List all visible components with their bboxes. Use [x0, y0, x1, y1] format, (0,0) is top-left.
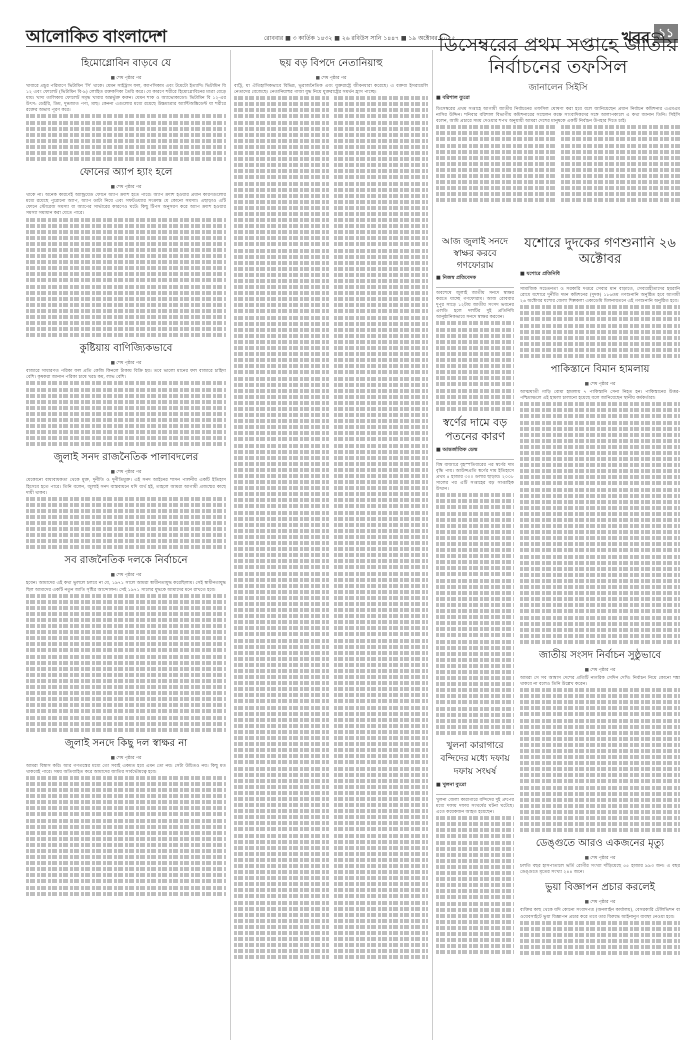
continued-marker: ■ শেষ পৃষ্ঠার পর — [26, 755, 226, 762]
headline: যশোরে দুদকের গণশুনানি ২৬ অক্টোবর — [520, 236, 680, 268]
headline: সব রাজনৈতিক দলকে নির্বাচনে — [26, 553, 226, 570]
continued-marker: ■ শেষ পৃষ্ঠার পর — [520, 855, 680, 862]
byline: ■ যশোরে প্রতিনিধি — [520, 271, 680, 279]
lead-headline: ডিসেম্বরের প্রথম সপ্তাহে জাতীয় নির্বাচন… — [436, 34, 680, 78]
article-body: বাজারে সাধারণত পরিকা ফল প্রতি কেজি কিনলে… — [26, 369, 226, 381]
article-khulna: খুলনা কারাগারে বন্দিদের মধ্যে দফায় দফায… — [436, 740, 514, 954]
headline: জুলাই সনদে কিছু দল স্বাক্ষর না — [26, 736, 226, 753]
headline: কুষ্টিয়ায় বাণিজ্যিকভাবে — [26, 341, 226, 358]
article-july-charter: জুলাই সনদে কিছু দল স্বাক্ষর না ■ শেষ পৃষ… — [26, 736, 226, 896]
article-body: ডিসেম্বরের প্রথম সপ্তাহে আগামী জাতীয় নি… — [436, 107, 680, 125]
byline: ■ আন্তর্জাতিক ডেস্ক — [436, 447, 514, 455]
continued-marker: ■ শেষ পৃষ্ঠার পর — [26, 75, 226, 82]
article-hemoglobin: হিমোগ্লোবিন বাড়বে যে ■ শেষ পৃষ্ঠার পর খ… — [26, 56, 226, 161]
headline: ডেঙ্গুতে আরও একজনের মৃত্যু — [520, 836, 680, 853]
headline: স্বর্ণের দামে বড় পতনের কারণ — [436, 416, 514, 444]
article-body: ব্যক্তির কাছ থেকে যদি কোনো সংবাদপত্র (অন… — [520, 908, 680, 920]
continued-marker: ■ শেষ পৃষ্ঠার পর — [26, 572, 226, 579]
headline: ছয় বড় বিপদে নেতানিয়াহু — [234, 56, 428, 73]
left-column: হিমোগ্লোবিন বাড়বে যে ■ শেষ পৃষ্ঠার পর খ… — [26, 52, 226, 1042]
article-july-politics: জুলাই সনদ রাজনৈতিক পালাবদলের ■ শেষ পৃষ্ঠ… — [26, 450, 226, 549]
article-netanyahu: ছয় বড় বিপদে নেতানিয়াহু ■ শেষ পৃষ্ঠার … — [234, 56, 428, 962]
right-wide-column: যশোরে দুদকের গণশুনানি ২৬ অক্টোবর ■ যশোরে… — [520, 236, 680, 1036]
article-body: থাকে না। অনেক কারণেই অ্যান্ড্রয়েড ফোনে … — [26, 193, 226, 217]
headline: আজ জুলাই সনদে স্বাক্ষর করবে গণফোরাম — [436, 236, 514, 272]
article-body: বিশ্ব বাজারে বৃহস্পতিবারের পর স্বর্ণের দ… — [436, 463, 514, 493]
continued-marker: ■ শেষ পৃষ্ঠার পর — [520, 899, 680, 906]
article-election-schedule: ■ বরিশাল ব্যুরো ডিসেম্বরের প্রথম সপ্তাহে… — [436, 92, 680, 232]
headline: ফোনের অ্যাপ হ্যাং হলে — [26, 165, 226, 182]
article-body: খুলনা জেলা কারাগারে বন্দিদের দুই গ্রুপের… — [436, 798, 514, 816]
article-phone-app: ফোনের অ্যাপ হ্যাং হলে ■ শেষ পৃষ্ঠার পর থ… — [26, 165, 226, 337]
headline: পাকিস্তানে বিমান হামলায় — [520, 362, 680, 379]
newspaper-logo: আলোকিত বাংলাদেশ — [26, 24, 166, 52]
dateline: রোববার ■ ৩ কার্তিক ১৪৩২ ■ ২৬ রবিউস সানি … — [264, 33, 455, 44]
article-body: আত্মঘাতী গাড়ি বোমা হামলায় ৭ পাকিস্তানি… — [520, 390, 680, 402]
article-jessore: যশোরে দুদকের গণশুনানি ২৬ অক্টোবর ■ যশোরে… — [520, 236, 680, 358]
article-fake-ads: ভুয়া বিজ্ঞাপন প্রচার করলেই ■ শেষ পৃষ্ঠা… — [520, 880, 680, 955]
column-divider — [432, 50, 433, 1040]
right-narrow-column: আজ জুলাই সনদে স্বাক্ষর করবে গণফোরাম ■ নি… — [436, 236, 514, 1036]
article-pakistan: পাকিস্তানে বিমান হামলায় ■ শেষ পৃষ্ঠার প… — [520, 362, 680, 644]
continued-marker: ■ শেষ পৃষ্ঠার পর — [26, 184, 226, 191]
article-body: চলতি বছর হাসপাতালে ভর্তি রোগীর সংখ্যা দা… — [520, 864, 680, 876]
headline: জাতীয় সংসদ নির্বাচন সুষ্ঠুভাবে — [520, 648, 680, 665]
middle-column: ছয় বড় বিপদে নেতানিয়াহু ■ শেষ পৃষ্ঠার … — [234, 52, 428, 1042]
headline: জুলাই সনদ রাজনৈতিক পালাবদলের — [26, 450, 226, 467]
column-divider — [230, 50, 231, 1040]
article-gold: স্বর্ণের দামে বড় পতনের কারণ ■ আন্তর্জাত… — [436, 416, 514, 735]
headline: খুলনা কারাগারে বন্দিদের মধ্যে দফায় দফায… — [436, 740, 514, 779]
continued-marker: ■ শেষ পৃষ্ঠার পর — [26, 360, 226, 367]
byline: ■ নিজস্ব প্রতিবেদক — [436, 275, 514, 283]
byline: ■ বরিশাল ব্যুরো — [436, 95, 680, 103]
article-gonoforum: আজ জুলাই সনদে স্বাক্ষর করবে গণফোরাম ■ নি… — [436, 236, 514, 411]
article-body: খাবারে প্রচুর পরিমাণে ভিটামিন 'সি' থাকে।… — [26, 84, 226, 114]
article-kushtia: কুষ্টিয়ায় বাণিজ্যিকভাবে ■ শেষ পৃষ্ঠার … — [26, 341, 226, 446]
article-national-election: জাতীয় সংসদ নির্বাচন সুষ্ঠুভাবে ■ শেষ পৃ… — [520, 648, 680, 832]
article-body: হবেন। আমাদের এই কথা ভুললে চলবে না যে, ১৯… — [26, 581, 226, 593]
article-body: সামাজিক সচেতনতা ও সরকারি দপ্তরে সেবার মা… — [520, 287, 680, 305]
article-dengue: ডেঙ্গুতে আরও একজনের মৃত্যু ■ শেষ পৃষ্ঠার… — [520, 836, 680, 876]
continued-marker: ■ শেষ পৃষ্ঠার পর — [234, 75, 428, 82]
continued-marker: ■ শেষ পৃষ্ঠার পর — [520, 667, 680, 674]
article-body: অবশেষে জুলাই জাতীয় সনদে স্বাক্ষর করতে য… — [436, 291, 514, 321]
continued-marker: ■ শেষ পৃষ্ঠার পর — [520, 381, 680, 388]
headline: ভুয়া বিজ্ঞাপন প্রচার করলেই — [520, 880, 680, 897]
byline: ■ খুলনা ব্যুরো — [436, 782, 514, 790]
article-body: আমরা সে সব আশ্বাস দেশের প্রতিটি নাগরিক স… — [520, 676, 680, 688]
article-all-parties: সব রাজনৈতিক দলকে নির্বাচনে ■ শেষ পৃষ্ঠার… — [26, 553, 226, 731]
continued-marker: ■ শেষ পৃষ্ঠার পর — [26, 469, 226, 476]
headline: হিমোগ্লোবিন বাড়বে যে — [26, 56, 226, 73]
article-body: বাট্টি, যা ঐতিহাসিকভাবে বিভিন্ন, ভূরাজনৈ… — [234, 84, 428, 96]
article-body: আমরা বিশ্বাস করি। আর গণতন্ত্রের মধ্যে তো… — [26, 764, 226, 776]
article-body: যেকোনো বাধ্যবাধকতা থেকে মুক্ত, দুর্নীতি … — [26, 478, 226, 496]
